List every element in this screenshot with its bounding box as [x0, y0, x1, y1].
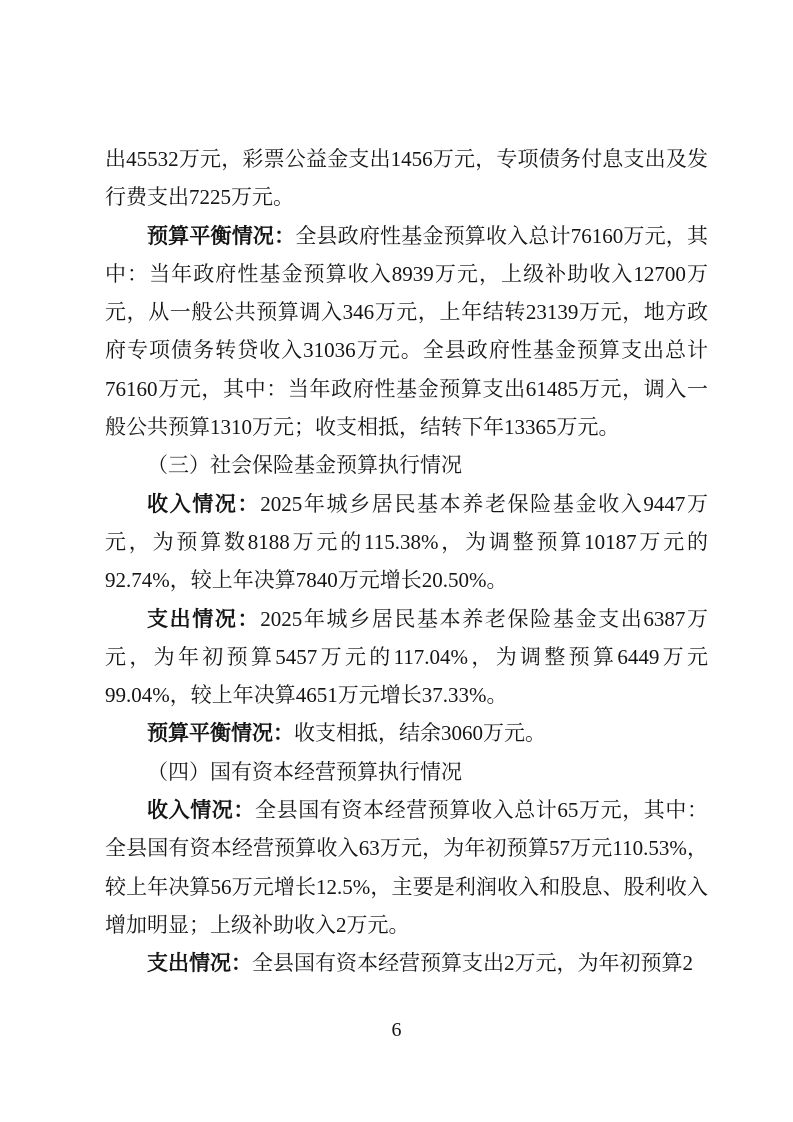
section-heading-3: （三）社会保险基金预算执行情况 — [105, 446, 708, 484]
paragraph-text: 出45532万元，彩票公益金支出1456万元，专项债务付息支出及发行费支出722… — [105, 147, 708, 209]
paragraph-state-capital-income: 收入情况：全县国有资本经营预算收入总计65万元，其中：全县国有资本经营预算收入6… — [105, 791, 708, 944]
document-page: 出45532万元，彩票公益金支出1456万元，专项债务付息支出及发行费支出722… — [0, 0, 793, 1122]
paragraph-text: 全县国有资本经营预算支出2万元，为年初预算2 — [252, 951, 693, 975]
paragraph-social-insurance-income: 收入情况：2025年城乡居民基本养老保险基金收入9447万元，为预算数8188万… — [105, 485, 708, 600]
paragraph-continuation: 出45532万元，彩票公益金支出1456万元，专项债务付息支出及发行费支出722… — [105, 140, 708, 217]
page-number: 6 — [392, 1019, 402, 1041]
paragraph-social-insurance-expenditure: 支出情况：2025年城乡居民基本养老保险基金支出6387万元，为年初预算5457… — [105, 600, 708, 715]
paragraph-budget-balance-funds: 预算平衡情况：全县政府性基金预算收入总计76160万元，其中：当年政府性基金预算… — [105, 217, 708, 447]
page-content: 出45532万元，彩票公益金支出1456万元，专项债务付息支出及发行费支出722… — [105, 140, 708, 983]
paragraph-state-capital-expenditure: 支出情况：全县国有资本经营预算支出2万元，为年初预算2 — [105, 944, 708, 982]
paragraph-lead: 预算平衡情况： — [147, 721, 294, 745]
paragraph-text: 收支相抵，结余3060万元。 — [294, 721, 546, 745]
paragraph-lead: 支出情况： — [147, 607, 260, 631]
paragraph-lead: 收入情况： — [147, 492, 260, 516]
page-footer: 6 — [0, 1019, 793, 1042]
paragraph-lead: 预算平衡情况： — [147, 224, 295, 248]
paragraph-budget-balance-social: 预算平衡情况：收支相抵，结余3060万元。 — [105, 714, 708, 752]
paragraph-text: 全县政府性基金预算收入总计76160万元，其中：当年政府性基金预算收入8939万… — [105, 224, 708, 439]
paragraph-lead: 支出情况： — [147, 951, 252, 975]
section-heading-4: （四）国有资本经营预算执行情况 — [105, 753, 708, 791]
paragraph-lead: 收入情况： — [147, 798, 255, 822]
